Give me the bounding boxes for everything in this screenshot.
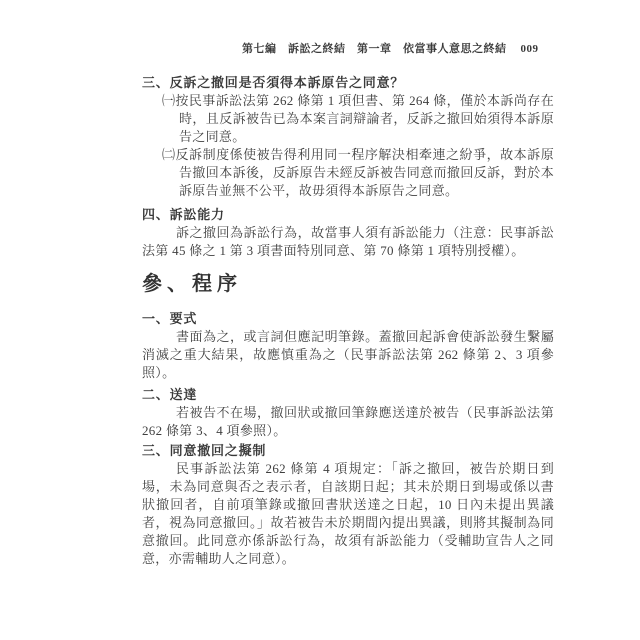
paragraph-formality: 書面為之，或言詞但應記明筆錄。蓋撤回起訴會使訴訟發生繫屬消滅之重大結果，故應慎重… [142, 328, 554, 382]
paragraph-service: 若被告不在場，撤回狀或撤回筆錄應送達於被告（民事訴訟法第 262 條第 3、4 … [142, 404, 554, 440]
paragraph-deemed-consent: 民事訴訟法第 262 條第 4 項規定：「訴之撤回，被告於期日到場，未為同意與否… [142, 460, 554, 568]
page-content: 第七編 訴訟之終結 第一章 依當事人意思之終結 009 三、反訴之撤回是否須得本… [142, 42, 554, 568]
part-heading-procedure: 參、程序 [142, 270, 554, 298]
list-item-1: ㈠按民事訴訟法第 262 條第 1 項但書、第 264 條，僅於本訴尚存在時，且… [162, 92, 554, 146]
section-heading-deemed-consent: 三、同意撤回之擬制 [142, 442, 554, 460]
book-page-scan: 第七編 訴訟之終結 第一章 依當事人意思之終結 009 三、反訴之撤回是否須得本… [0, 0, 640, 640]
section-heading-counterclaim-withdrawal: 三、反訴之撤回是否須得本訴原告之同意？ [142, 74, 554, 92]
paragraph-litigation-capacity: 訴之撤回為訴訟行為，故當事人須有訴訟能力（注意：民事訴訟法第 45 條之 1 第… [142, 224, 554, 260]
section-heading-formality: 一、要式 [142, 310, 554, 328]
section-heading-litigation-capacity: 四、訴訟能力 [142, 206, 554, 224]
section-heading-service: 二、送達 [142, 386, 554, 404]
list-item-2: ㈡反訴制度係使被告得利用同一程序解決相牽連之紛爭，故本訴原告撤回本訴後，反訴原告… [162, 146, 554, 200]
page-number: 009 [521, 42, 539, 57]
running-header: 第七編 訴訟之終結 第一章 依當事人意思之終結 009 [242, 42, 554, 57]
running-header-title: 第七編 訴訟之終結 第一章 依當事人意思之終結 [242, 42, 507, 57]
